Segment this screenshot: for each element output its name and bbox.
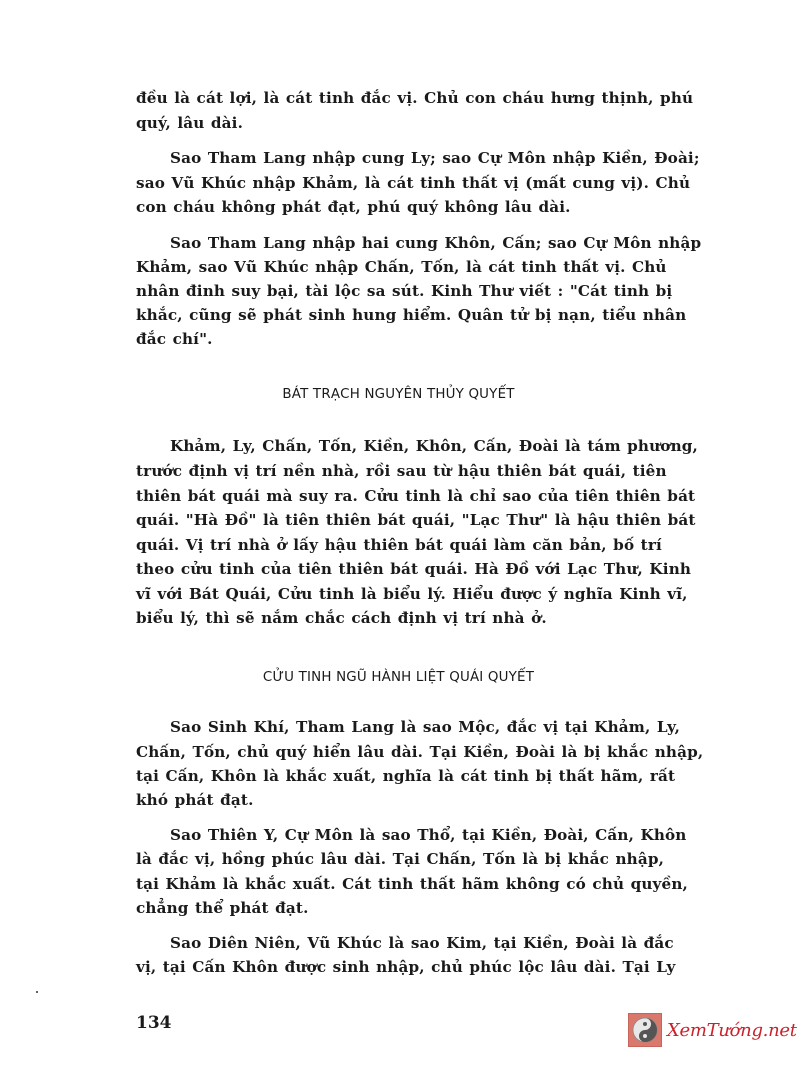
paragraph-4-line-2: trước định vị trí nền nhà, rồi sau từ hậ…: [136, 461, 656, 481]
section-heading-bat-trach: BÁT TRẠCH NGUYÊN THỦY QUYẾT: [0, 387, 797, 402]
paragraph-1-line-1: đều là cát lợi, là cát tinh đắc vị. Chủ …: [136, 88, 656, 108]
paragraph-6-line-3: tại Khảm là khắc xuất. Cát tinh thất hãm…: [136, 874, 656, 894]
paragraph-3-line-2: Khảm, sao Vũ Khúc nhập Chấn, Tốn, là cát…: [136, 257, 656, 277]
paragraph-1-line-2: quý, lâu dài.: [136, 113, 656, 133]
paragraph-5-line-3: tại Cấn, Khôn là khắc xuất, nghĩa là cát…: [136, 766, 656, 786]
paragraph-4-line-5: quái. Vị trí nhà ở lấy hậu thiên bát quá…: [136, 535, 656, 555]
paragraph-2-line-1: Sao Tham Lang nhập cung Ly; sao Cự Môn n…: [136, 148, 656, 168]
paragraph-6-line-1: Sao Thiên Y, Cự Môn là sao Thổ, tại Kiền…: [136, 825, 656, 845]
book-page: đều là cát lợi, là cát tinh đắc vị. Chủ …: [0, 0, 797, 1067]
paragraph-4-line-3: thiên bát quái mà suy ra. Cửu tinh là ch…: [136, 486, 656, 506]
paragraph-6-line-2: là đắc vị, hồng phúc lâu dài. Tại Chấn, …: [136, 849, 656, 869]
paragraph-5-line-1: Sao Sinh Khí, Tham Lang là sao Mộc, đắc …: [136, 717, 656, 737]
paragraph-5-line-4: khó phát đạt.: [136, 790, 656, 810]
paragraph-4-line-4: quái. "Hà Đồ" là tiên thiên bát quái, "L…: [136, 510, 656, 530]
paragraph-4-line-6: theo cửu tinh của tiên thiên bát quái. H…: [136, 559, 656, 579]
paragraph-7-line-2: vị, tại Cấn Khôn được sinh nhập, chủ phú…: [136, 957, 656, 977]
yin-yang-icon: [628, 1013, 662, 1047]
page-number: 134: [136, 1013, 172, 1033]
paragraph-3-line-5: đắc chí".: [136, 329, 656, 349]
watermark-logo: XemTướng.net: [628, 1010, 797, 1050]
paragraph-7-line-1: Sao Diên Niên, Vũ Khúc là sao Kim, tại K…: [136, 933, 656, 953]
paragraph-4-line-7: vĩ với Bát Quái, Cửu tinh là biểu lý. Hi…: [136, 584, 656, 604]
paragraph-2-line-3: con cháu không phát đạt, phú quý không l…: [136, 197, 656, 217]
watermark-text: XemTướng.net: [667, 1020, 797, 1041]
paragraph-3-line-1: Sao Tham Lang nhập hai cung Khôn, Cấn; s…: [136, 233, 656, 253]
scan-speck: [36, 991, 38, 993]
paragraph-4-line-8: biểu lý, thì sẽ nắm chắc cách định vị tr…: [136, 608, 656, 628]
paragraph-3-line-3: nhân đinh suy bại, tài lộc sa sút. Kinh …: [136, 281, 656, 301]
paragraph-5-line-2: Chấn, Tốn, chủ quý hiển lâu dài. Tại Kiề…: [136, 742, 656, 762]
paragraph-6-line-4: chẳng thể phát đạt.: [136, 898, 656, 918]
paragraph-3-line-4: khắc, cũng sẽ phát sinh hung hiểm. Quân …: [136, 305, 656, 325]
paragraph-4-line-1: Khảm, Ly, Chấn, Tốn, Kiền, Khôn, Cấn, Đo…: [136, 436, 656, 456]
section-heading-cuu-tinh: CỬU TINH NGŨ HÀNH LIỆT QUÁI QUYẾT: [0, 670, 797, 685]
paragraph-2-line-2: sao Vũ Khúc nhập Khảm, là cát tinh thất …: [136, 173, 656, 193]
